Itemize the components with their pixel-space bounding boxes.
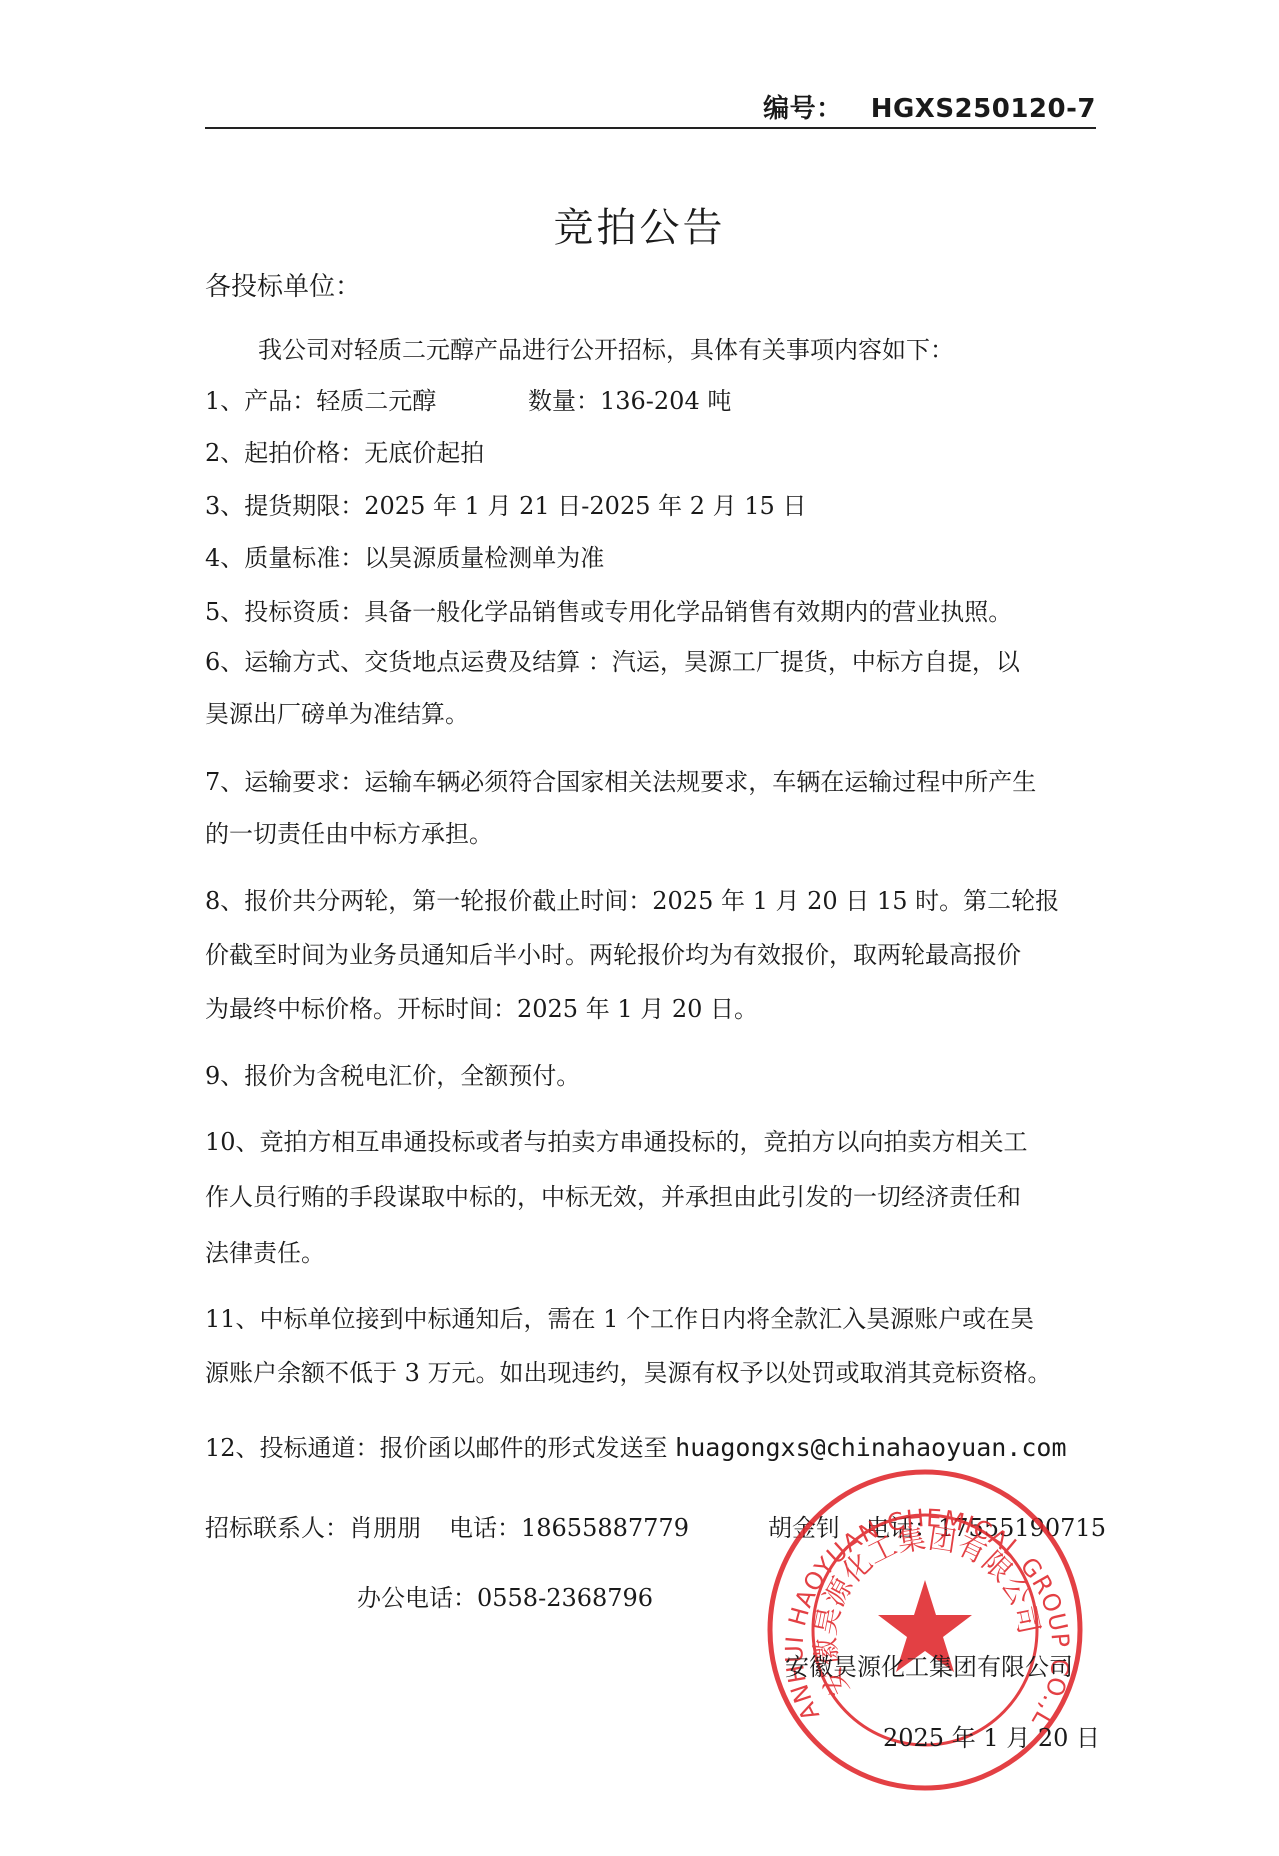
item-7-line2: 的一切责任由中标方承担。 (205, 819, 493, 849)
item-8-line3: 为最终中标价格。开标时间：2025 年 1 月 20 日。 (205, 994, 758, 1024)
contact-phone-1: 18655887779 (521, 1514, 689, 1542)
item-12: 12、投标通道：报价函以邮件的形式发送至 huagongxs@chinahaoy… (205, 1433, 1067, 1463)
page-title: 竞拍公告 (0, 196, 1279, 253)
document-number-label: 编号： (763, 94, 843, 124)
item-10-line2: 作人员行贿的手段谋取中标的，中标无效，并承担由此引发的一切经济责任和 (205, 1182, 1021, 1212)
item-1-product: 1、产品：轻质二元醇 (205, 387, 436, 415)
office-phone-label: 办公电话： (357, 1584, 477, 1612)
signature-date: 2025 年 1 月 20 日 (883, 1723, 1100, 1753)
item-5: 5、投标资质：具备一般化学品销售或专用化学品销售有效期内的营业执照。 (205, 597, 1012, 627)
contact-person-1: 肖朋朋 (349, 1514, 421, 1542)
item-6-line1: 6、运输方式、交货地点运费及结算 ：汽运，昊源工厂提货，中标方自提，以 (205, 647, 1020, 677)
intro-paragraph: 我公司对轻质二元醇产品进行公开招标，具体有关事项内容如下： (258, 335, 954, 365)
item-8-line1: 8、报价共分两轮，第一轮报价截止时间：2025 年 1 月 20 日 15 时。… (205, 886, 1059, 916)
office-phone: 0558-2368796 (477, 1584, 653, 1612)
document-number: 编号：HGXS250120-7 (763, 88, 1096, 125)
item-2: 2、起拍价格：无底价起拍 (205, 438, 484, 468)
item-1-quantity: 数量：136-204 吨 (528, 386, 731, 416)
document-number-value: HGXS250120-7 (871, 94, 1096, 124)
contact-line: 招标联系人：肖朋朋电话：18655887779 (205, 1513, 689, 1543)
item-9: 9、报价为含税电汇价，全额预付。 (205, 1061, 580, 1091)
phone-label-1: 电话： (449, 1514, 521, 1542)
item-8-line2: 价截至时间为业务员通知后半小时。两轮报价均为有效报价，取两轮最高报价 (205, 940, 1021, 970)
item-3: 3、提货期限：2025 年 1 月 21 日-2025 年 2 月 15 日 (205, 491, 806, 521)
header-divider (205, 127, 1096, 129)
item-10-line1: 10、竞拍方相互串通投标或者与拍卖方串通投标的，竞拍方以向拍卖方相关工 (205, 1127, 1028, 1157)
contact-label: 招标联系人： (205, 1514, 349, 1542)
item-6-line2: 昊源出厂磅单为准结算。 (205, 699, 469, 729)
company-signature: 安徽昊源化工集团有限公司 (785, 1652, 1073, 1682)
item-12-text: 12、投标通道：报价函以邮件的形式发送至 (205, 1434, 675, 1462)
item-1: 1、产品：轻质二元醇 (205, 386, 436, 416)
item-10-line3: 法律责任。 (205, 1238, 325, 1268)
email-link[interactable]: huagongxs@chinahaoyuan.com (675, 1433, 1066, 1462)
item-11-line1: 11、中标单位接到中标通知后，需在 1 个工作日内将全款汇入昊源账户或在昊 (205, 1304, 1034, 1334)
item-4: 4、质量标准：以昊源质量检测单为准 (205, 543, 604, 573)
item-7-line1: 7、运输要求：运输车辆必须符合国家相关法规要求，车辆在运输过程中所产生 (205, 767, 1036, 797)
office-phone-line: 办公电话：0558-2368796 (357, 1583, 653, 1613)
salutation: 各投标单位： (205, 272, 361, 302)
item-11-line2: 源账户余额不低于 3 万元。如出现违约，昊源有权予以处罚或取消其竞标资格。 (205, 1358, 1052, 1388)
